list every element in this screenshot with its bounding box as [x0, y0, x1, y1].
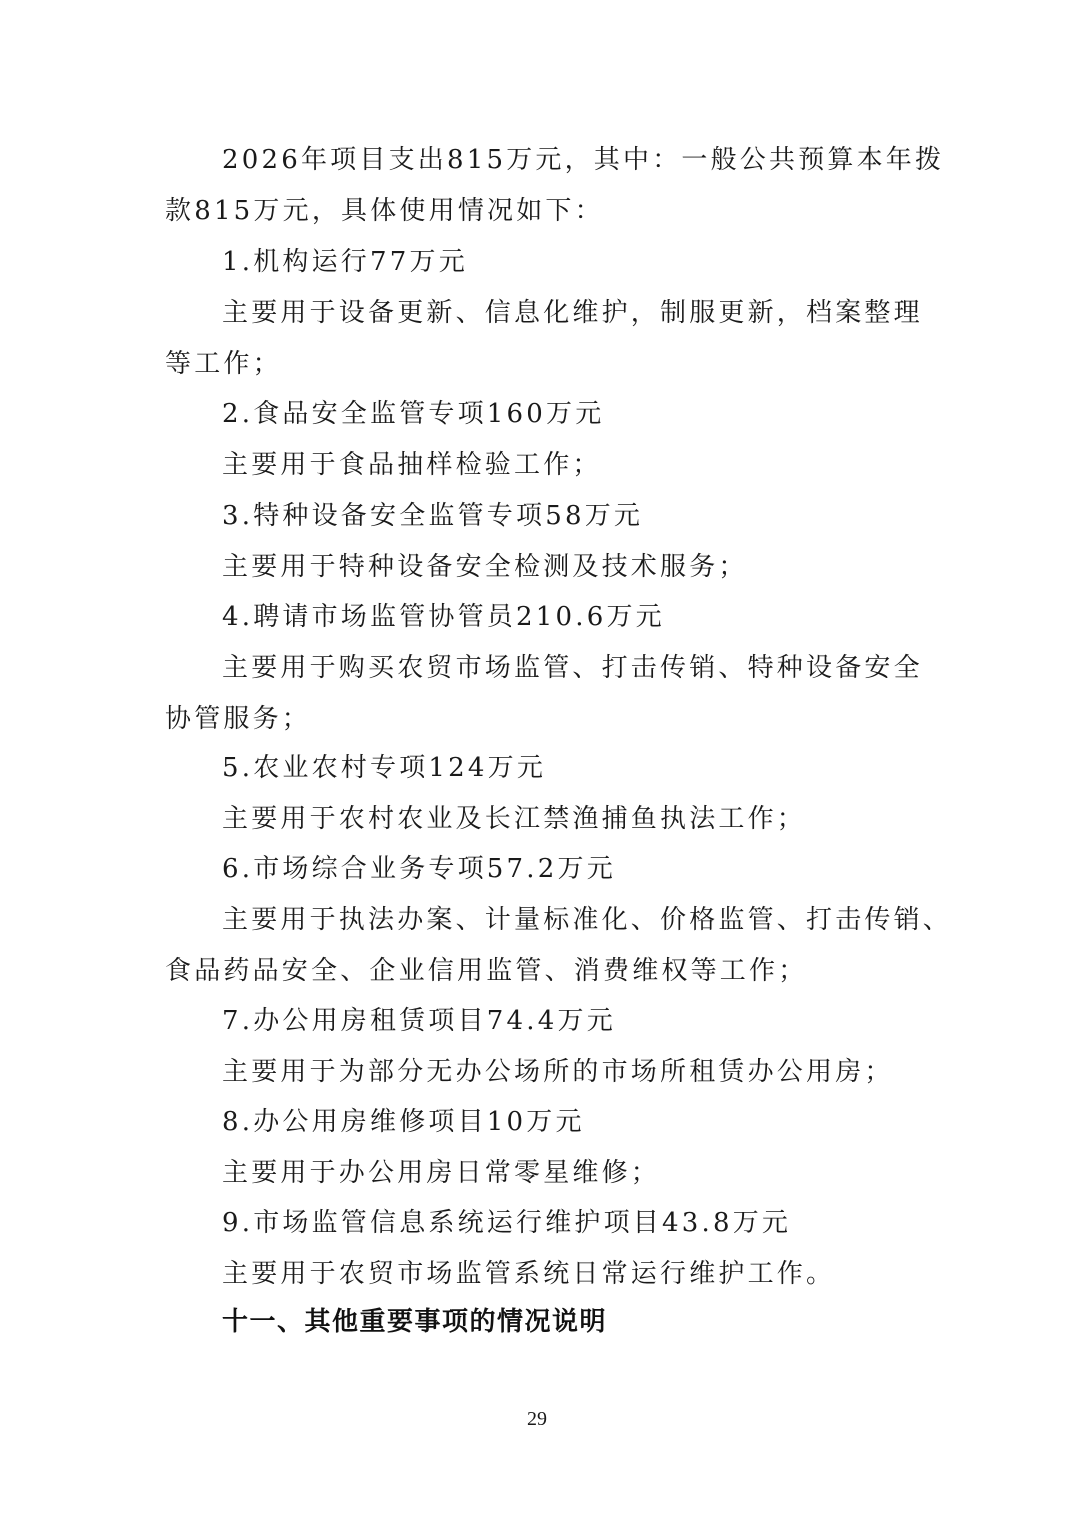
item-3-desc-line-1: 主要用于特种设备安全检测及技术服务； — [222, 551, 748, 583]
item-5-title: 5.农业农村专项124万元 — [222, 752, 546, 784]
item-9-title: 9.市场监管信息系统运行维护项目43.8万元 — [222, 1207, 791, 1239]
section-heading: 十一、其他重要事项的情况说明 — [222, 1306, 607, 1338]
item-4-desc-line-1: 主要用于购买农贸市场监管、打击传销、特种设备安全 — [222, 652, 923, 684]
intro-line-1: 2026年项目支出815万元，其中：一般公共预算本年拨 — [222, 144, 944, 176]
intro-line-2: 款815万元，具体使用情况如下： — [165, 195, 604, 227]
item-4-desc-line-2: 协管服务； — [165, 703, 311, 735]
item-7-title: 7.办公用房租赁项目74.4万元 — [222, 1005, 616, 1037]
item-7-desc-line-1: 主要用于为部分无办公场所的市场所租赁办公用房； — [222, 1056, 894, 1088]
item-4-title: 4.聘请市场监管协管员210.6万元 — [222, 601, 665, 633]
item-3-title: 3.特种设备安全监管专项58万元 — [222, 500, 643, 532]
document-page: 2026年项目支出815万元，其中：一般公共预算本年拨 款815万元，具体使用情… — [0, 0, 1074, 1520]
item-9-desc-line-1: 主要用于农贸市场监管系统日常运行维护工作。 — [222, 1258, 835, 1290]
item-6-title: 6.市场综合业务专项57.2万元 — [222, 853, 616, 885]
item-8-title: 8.办公用房维修项目10万元 — [222, 1106, 585, 1138]
item-1-desc-line-1: 主要用于设备更新、信息化维护，制服更新，档案整理 — [222, 297, 923, 329]
item-1-title: 1.机构运行77万元 — [222, 246, 468, 278]
page-number: 29 — [0, 1408, 1074, 1431]
item-5-desc-line-1: 主要用于农村农业及长江禁渔捕鱼执法工作； — [222, 803, 806, 835]
item-1-desc-line-2: 等工作； — [165, 348, 282, 380]
item-8-desc-line-1: 主要用于办公用房日常零星维修； — [222, 1157, 660, 1189]
item-2-title: 2.食品安全监管专项160万元 — [222, 398, 604, 430]
item-2-desc-line-1: 主要用于食品抽样检验工作； — [222, 449, 602, 481]
item-6-desc-line-1: 主要用于执法办案、计量标准化、价格监管、打击传销、 — [222, 904, 952, 936]
item-6-desc-line-2: 食品药品安全、企业信用监管、消费维权等工作； — [165, 955, 807, 987]
